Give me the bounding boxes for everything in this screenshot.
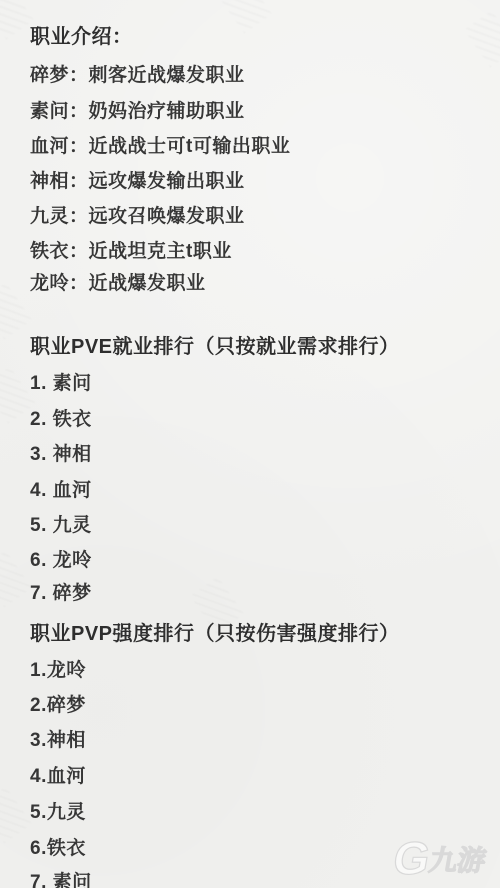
pve-rank-4: 4. 血河 — [30, 475, 92, 502]
pvp-rank-5: 5.九灵 — [30, 797, 86, 824]
watermark-fragment — [0, 550, 32, 607]
jiuyou-logo-text: 九游 — [427, 844, 489, 876]
pve-rank-7: 7. 碎梦 — [30, 578, 92, 605]
pvp-rank-6: 6.铁衣 — [30, 833, 86, 860]
pve-rank-5: 5. 九灵 — [30, 510, 92, 537]
intro-line-xuehe: 血河：近战战士可t可输出职业 — [30, 131, 290, 158]
pvp-rank-3: 3.神相 — [30, 725, 86, 752]
watermark-fragment — [0, 282, 32, 339]
jiuyou-logo-g-mark: G — [389, 832, 434, 884]
pve-rank-6: 6. 龙呤 — [30, 545, 92, 572]
intro-line-suwen: 素问：奶妈治疗辅助职业 — [30, 96, 245, 123]
pvp-rank-7: 7. 素问 — [30, 867, 92, 888]
pve-rank-1: 1. 素问 — [30, 368, 92, 395]
pvp-rank-4: 4.血河 — [30, 761, 86, 788]
intro-line-longyin: 龙呤：近战爆发职业 — [30, 268, 206, 295]
pve-rank-3: 3. 神相 — [30, 439, 92, 466]
intro-line-shenxiang: 神相：远攻爆发输出职业 — [30, 166, 245, 193]
pvp-rank-1: 1.龙呤 — [30, 655, 86, 682]
pvp-ranking-title: 职业PVP强度排行（只按伤害强度排行） — [30, 617, 400, 646]
pve-ranking-title: 职业PVE就业排行（只按就业需求排行） — [30, 330, 400, 359]
intro-title: 职业介绍： — [30, 20, 133, 49]
pve-rank-2: 2. 铁衣 — [30, 404, 92, 431]
intro-line-jiuling: 九灵：远攻召唤爆发职业 — [30, 201, 245, 228]
watermark-fragment — [218, 0, 272, 34]
watermark-fragment — [464, 10, 500, 67]
watermark-fragment — [0, 786, 32, 843]
document-page: 职业介绍： 碎梦：刺客近战爆发职业 素问：奶妈治疗辅助职业 血河：近战战士可t可… — [0, 0, 500, 888]
intro-line-suimeng: 碎梦：刺客近战爆发职业 — [30, 60, 245, 87]
intro-line-tieyi: 铁衣：近战坦克主t职业 — [30, 236, 232, 263]
jiuyou-logo-watermark: G 九游 — [382, 824, 500, 884]
pvp-rank-2: 2.碎梦 — [30, 690, 86, 717]
watermark-fragment — [0, 0, 34, 40]
